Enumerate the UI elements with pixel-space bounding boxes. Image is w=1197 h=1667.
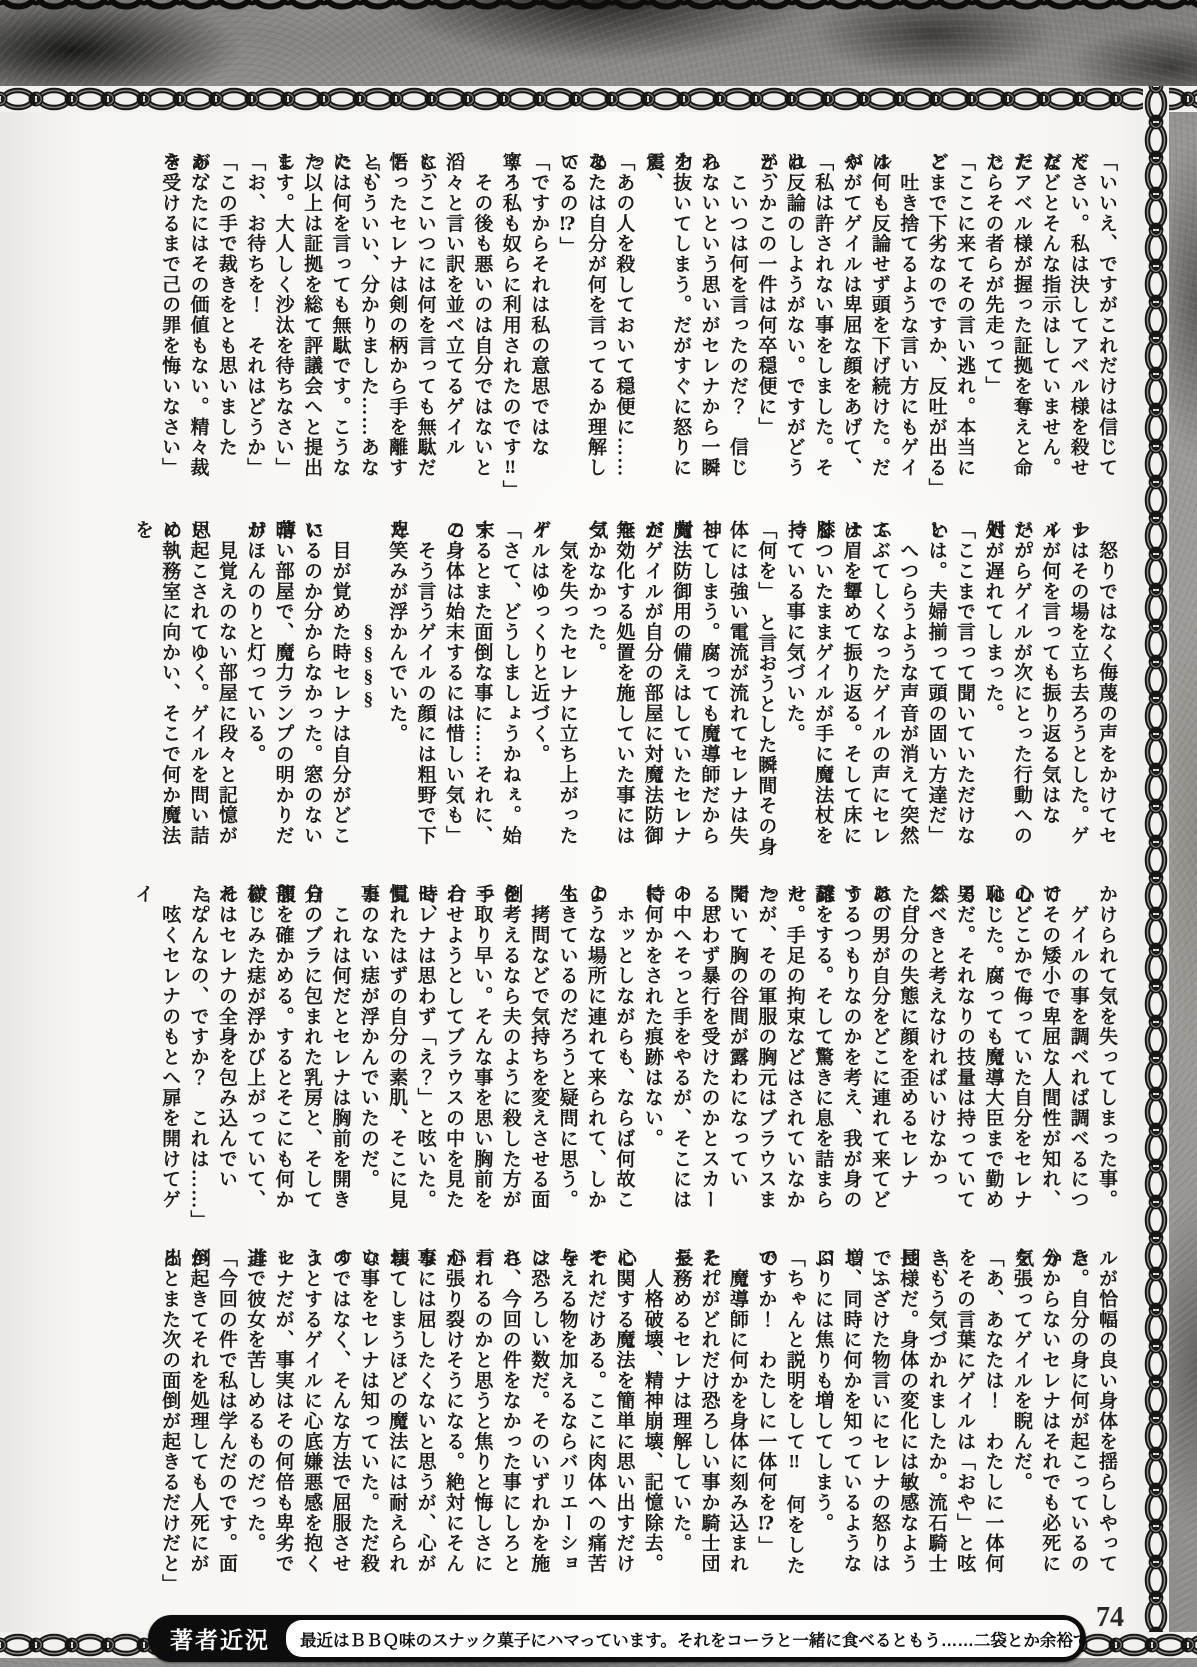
- text-column: なたは自分が何を言ってるか理解して: [581, 152, 609, 497]
- text-column: レナだが、事実はその何倍も卑劣で非: [268, 1248, 296, 1593]
- text-column: 「あ、あなたは！ わたしに一体何を: [978, 1248, 1006, 1593]
- text-band-1: 「いいえ、ですがこれだけは信じてください。私は決してアベル様を殺せだなどとそんな…: [155, 152, 1120, 497]
- text-column: れ、今回の件をなかった事にしろと言: [495, 1248, 523, 1593]
- text-column: ぶりには焦りも増してしまう。: [808, 1248, 836, 1593]
- text-column: セレナは思わず「え？」と呟いた。見: [410, 884, 438, 1229]
- text-column: それがどれだけ恐ろしい事か騎士団長: [694, 1248, 722, 1593]
- text-column: 気を失ったセレナに立ち上がったゲ: [552, 520, 580, 865]
- text-column: を張ってゲイルを睨んだ。: [1006, 1248, 1034, 1593]
- text-column: 「もう気づかれましたか。流石騎士団: [921, 1248, 949, 1593]
- text-column: を務めるセレナは理解していた。: [666, 1248, 694, 1593]
- text-column: などとそんな指示はしていません。た: [1035, 152, 1063, 497]
- text-column: 「この手で裁きをとも思いましたが、: [212, 152, 240, 497]
- text-column: 生きているのだろうと疑問に思う。: [552, 884, 580, 1229]
- text-column: もうこいつには何を言っても無駄だと: [410, 152, 438, 497]
- text-column: 呟くセレナのもとへ扉を開けてゲイ: [155, 884, 183, 1229]
- text-column: どうかこの一件は何卒穏便に」: [751, 152, 779, 497]
- text-column: 魔導師に何かを身体に刻み込まれた。: [723, 1248, 751, 1593]
- text-column: へつらうような声音が消えて突然ふ: [893, 520, 921, 865]
- text-column: 暗い部屋で、魔力ランプの明かりだけ: [268, 520, 296, 865]
- text-column: 魔法防御用の備えはしていたセレナだ: [666, 520, 694, 865]
- text-column: っている事に気づいた。: [779, 520, 807, 865]
- text-column: 「お、お待ちを！ それはどうか」: [240, 152, 268, 497]
- text-column: には何を言っても無駄です。こうなっ: [325, 152, 353, 497]
- text-column: あの男が自分をどこに連れて来てどう: [864, 884, 892, 1229]
- text-column: が起きてそれを処理しても人死にが出: [183, 1248, 211, 1593]
- text-column: い事をセレナは知っていた。ただ殺す: [353, 1248, 381, 1593]
- text-column: 体には強い電流が流れてセレナは失神: [723, 520, 751, 865]
- text-column: その後も悪いのは自分ではないと: [467, 152, 495, 497]
- author-note-label: 著者近況: [148, 1622, 286, 1655]
- text-column: かけられて気を失ってしまった事。: [1092, 884, 1120, 1229]
- text-column: 事には屈したくないと思うが、心が壊: [410, 1248, 438, 1593]
- text-column: っ取り早い。そんな事を思い胸前を合: [467, 884, 495, 1229]
- text-column: ルが何を言っても振り返る気はない。: [1035, 520, 1063, 865]
- text-column: 拷問などで気持ちを変えさせる面倒: [524, 884, 552, 1229]
- text-column: てその矮小で卑屈な人間性が知れ、心: [1035, 884, 1063, 1229]
- text-column: た笑みが浮かんでいた。: [382, 520, 410, 865]
- text-column: §§§§: [353, 520, 381, 865]
- text-column: 様じみた痣が浮かび上がっていて、そ: [240, 884, 268, 1229]
- text-column: 男だ。それなりの技量は持っていて然: [950, 884, 978, 1229]
- text-column: 事のない痣が浮かんでいたのだ。: [353, 884, 381, 1229]
- text-column: するつもりなのかを考え、我が身の確: [836, 884, 864, 1229]
- text-column: てぶてしくなったゲイルの声にセレナ: [864, 520, 892, 865]
- text-column: の身体は始末するには惜しい気も」: [439, 520, 467, 865]
- text-column: は眉を顰めて振り返る。そして床に膝: [836, 520, 864, 865]
- text-column: ださい。私は決してアベル様を殺せだ: [1063, 152, 1091, 497]
- text-column: これは何だとセレナは胸前を開き自: [325, 884, 353, 1229]
- text-column: 目が覚めた時セレナは自分がどこに: [325, 520, 353, 865]
- text-column: 「いいえ、ですがこれだけは信じてく: [1092, 152, 1120, 497]
- text-column: 「ここまで言って聞いていただけない: [950, 520, 978, 865]
- text-column: たらその者らが先走って」: [978, 152, 1006, 497]
- text-column: いるのか分からなかった。窓のない薄: [297, 520, 325, 865]
- text-column: 思わず暴行を受けたのかとスカート: [694, 884, 722, 1229]
- text-column: 恥じた。腐っても魔導大臣まで勤める: [978, 884, 1006, 1229]
- text-column: れないという思いがセレナから一瞬力: [694, 152, 722, 497]
- text-column: が張り裂けそうになる。絶対にそんな: [439, 1248, 467, 1593]
- text-band-3: かけられて気を失ってしまった事。 ゲイルの事を調べれば調べるにつけてその矮小で卑…: [155, 884, 1120, 1229]
- text-column: 分からないセレナはそれでも必死に気: [1035, 1248, 1063, 1593]
- text-column: に執務室に向かい、そこで何か魔法を: [155, 520, 183, 865]
- text-column: のではなく、そんな方法で屈服させよ: [325, 1248, 353, 1593]
- text-column: だからゲイルが次にとった行動への対: [1006, 520, 1034, 865]
- text-column: 認をする。そして驚きに息を詰まらせ: [808, 884, 836, 1229]
- text-column: それだけある。ここに肉体への痛苦を: [581, 1248, 609, 1593]
- text-column: を受けるまで己の罪を悔いなさい」: [155, 152, 183, 497]
- text-column: あなたにはその価値もない。精々裁き: [183, 152, 211, 497]
- text-column: 「なんなの、ですか？ これは……」: [183, 884, 211, 1229]
- text-column: 滔々と言い訳を並べ立てるゲイルに、: [439, 152, 467, 497]
- text-column: 「さて、どうしましょうかねぇ。始末: [495, 520, 523, 865]
- text-column: だアベル様が握った証拠を奪えと命じ: [1006, 152, 1034, 497]
- text-column: 吐き捨てるような言い方にもゲイル: [893, 152, 921, 497]
- text-column: え、: [637, 152, 665, 497]
- text-column: 慣れたはずの自分の素肌、そこに見た: [382, 884, 410, 1229]
- text-column: ます。大人しく沙汰を待ちなさい」: [268, 152, 296, 497]
- text-column: やがてゲイルは卑屈な顔をあげて、: [836, 152, 864, 497]
- author-note-box: 最近はＢＢＱ味のスナック菓子にハマっています。それをコーラと一緒に食べるともう……: [286, 1620, 1080, 1657]
- text-column: そう言うゲイルの顔には粗野で下卑: [410, 520, 438, 865]
- text-column: 怒りではなく侮蔑の声をかけてセレ: [1092, 520, 1120, 865]
- text-column: た。手足の拘束などはされていなかっ: [779, 884, 807, 1229]
- text-column: 与える物を加えるならバリエーション: [552, 1248, 580, 1593]
- text-column: に何かをされた痕跡はない。: [637, 884, 665, 1229]
- text-column: を考えるなら夫のように殺した方が手: [495, 884, 523, 1229]
- chain-border-right-icon: [1143, 86, 1169, 1658]
- text-band-4: ルが恰幅の良い身体を揺らしやってきた。自分の身に何が起こっているのか分からないセ…: [155, 1248, 1120, 1593]
- text-column: 「今回の件で私は学んだのです。面倒: [212, 1248, 240, 1593]
- text-column: ゲイルの事を調べれば調べるにつけ: [1063, 884, 1091, 1229]
- text-column: ふざけた物言いにセレナの怒りは増: [864, 1248, 892, 1593]
- text-column: をついたままゲイルが手に魔法杖を持: [808, 520, 836, 865]
- text-column: ホッとしながらも、ならば何故この: [609, 884, 637, 1229]
- text-column: するとまた面倒な事に……それに、こ: [467, 520, 495, 865]
- text-column: たが、その軍服の胸元はブラウスまで: [751, 884, 779, 1229]
- text-column: い起こされてゆく。ゲイルを問い詰め: [183, 520, 211, 865]
- text-column: こまで下劣なのですか、反吐が出る」: [921, 152, 949, 497]
- text-column: た以上は証拠を総て評議会へと提出し: [297, 152, 325, 497]
- text-column: ような場所に連れて来られて、しかも: [581, 884, 609, 1229]
- text-column: 「あの人を殺しておいて穏便に……あ: [609, 152, 637, 497]
- text-column: がゲイルが自分の部屋に対魔法防御を: [637, 520, 665, 865]
- text-column: し、同時に何かを知っているような口: [836, 1248, 864, 1593]
- text-column: その言葉にゲイルは「おや」と呟き、: [950, 1248, 978, 1593]
- author-note-footer: 著者近況 最近はＢＢＱ味のスナック菓子にハマっています。それをコーラと一緒に食べ…: [148, 1615, 1086, 1662]
- text-band-2: 怒りではなく侮蔑の声をかけてセレナはその場を立ち去ろうとした。ゲイルが何を言って…: [155, 520, 1120, 865]
- text-column: 開いて胸の谷間が露わになっている。: [723, 884, 751, 1229]
- text-column: とは。夫婦揃って頭の固い方達だ」: [921, 520, 949, 865]
- text-column: 無効化する処置を施していた事には気: [609, 520, 637, 865]
- text-column: るべきと考えなければいけなかった。: [921, 884, 949, 1229]
- text-column: れはセレナの全身を包み込んでいた。: [212, 884, 240, 1229]
- text-column: るとまた次の面倒が起きるだけだと」: [155, 1248, 183, 1593]
- text-column: うとするゲイルに心底嫌悪感を抱くセ: [297, 1248, 325, 1593]
- text-column: 「ここに来てその言い逃れ。本当にど: [950, 152, 978, 497]
- author-note-text: 最近はＢＢＱ味のスナック菓子にハマっています。それをコーラと一緒に食べるともう……: [300, 1627, 1080, 1651]
- chain-border-top-edge-icon: [0, 0, 1197, 11]
- text-column: づかなかった。: [581, 520, 609, 865]
- text-column: わせようとしてブラウスの中を見た時、: [439, 884, 467, 1229]
- text-column: 自分の失態に顔を歪めるセレナは、: [893, 884, 921, 1229]
- text-column: してしまう。腐っても魔導師だから対: [694, 520, 722, 865]
- text-column: 「何を」 と言おうとした瞬間その身: [751, 520, 779, 865]
- text-column: こいつは何を言ったのだ？ 信じら: [723, 152, 751, 497]
- text-column: 見覚えのない部屋に段々と記憶が思: [212, 520, 240, 865]
- text-column: 長様だ。身体の変化には敏感なようで」: [893, 1248, 921, 1593]
- text-column: 「私は許されない事をしました。それ: [808, 152, 836, 497]
- text-column: 人格破壊、精神崩壊、記憶除去。心: [637, 1248, 665, 1593]
- text-column: われるのかと思うと焦りと悔しさに心: [467, 1248, 495, 1593]
- text-column: は反論のしようがない。ですがどうか、: [779, 152, 807, 497]
- text-column: た。自分の身に何が起こっているのか: [1063, 1248, 1091, 1593]
- text-column: に関する魔法を簡単に思い出すだけで: [609, 1248, 637, 1593]
- text-column: は何も反論せず頭を下げ続けた。だが: [864, 152, 892, 497]
- text-column: ルが恰幅の良い身体を揺らしやってき: [1092, 1248, 1120, 1593]
- text-column: 「ですからそれは私の意思ではなく！: [524, 152, 552, 497]
- chain-border-top-icon: [0, 86, 1197, 112]
- text-column: ナはその場を立ち去ろうとした。ゲイ: [1063, 520, 1091, 865]
- text-column: いるの⁉」: [552, 152, 580, 497]
- text-column: 「ちゃんと説明をして‼ 何をしたの: [779, 1248, 807, 1593]
- text-column: 道で彼女を苦しめるものだった。: [240, 1248, 268, 1593]
- text-column: ですか！ わたしに一体何を⁉」: [751, 1248, 779, 1593]
- text-column: の中へそっと手をやるが、そこには特: [666, 884, 694, 1229]
- text-column: がほんのりと灯っている。: [240, 520, 268, 865]
- text-column: 分のブラに包まれた乳房と、そして腹: [297, 884, 325, 1229]
- text-column: を抜いてしまう。だがすぐに怒りに震: [666, 152, 694, 497]
- text-column: イルはゆっくりと近づく。: [524, 520, 552, 865]
- text-column: のどこかで侮っていた自分をセレナは: [1006, 884, 1034, 1229]
- page-number: 74: [1096, 1602, 1124, 1634]
- text-column: 悟ったセレナは剣の柄から手を離すと、: [382, 152, 410, 497]
- text-column: は恐ろしい数だ。そのいずれかを施さ: [524, 1248, 552, 1593]
- text-column: れてしまうほどの魔法には耐えられな: [382, 1248, 410, 1593]
- text-column: 寧ろ私も奴らに利用されたのです‼」: [495, 152, 523, 497]
- text-column: 処が遅れてしまった。: [978, 520, 1006, 865]
- text-column: 部を確かめる。するとそこにも何か紋: [268, 884, 296, 1229]
- text-column: 「もういい、分かりました……あなた: [353, 152, 381, 497]
